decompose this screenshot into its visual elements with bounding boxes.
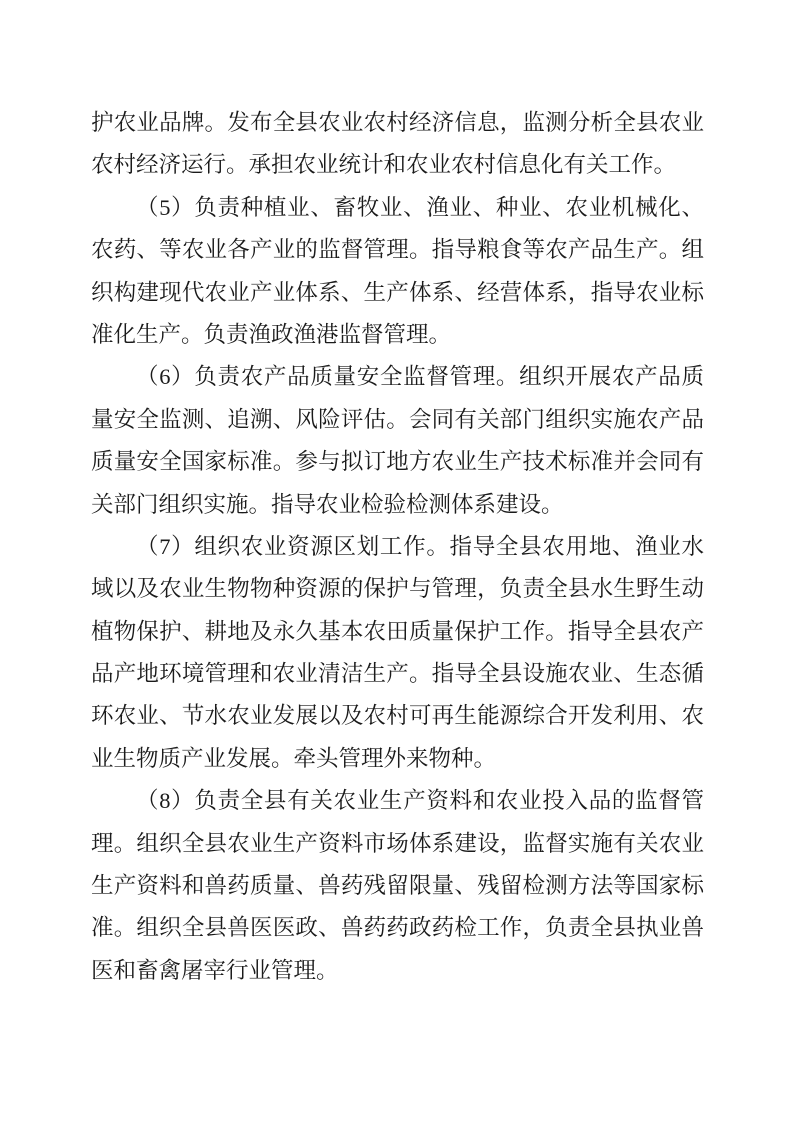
text-line: 生产资料和兽药质量、兽药残留限量、残留检测方法等国家标 xyxy=(91,865,704,907)
text-line: 理。组织全县农业生产资料市场体系建设，监督实施有关农业 xyxy=(91,823,704,865)
text-line: （6）负责农产品质量安全监督管理。组织开展农产品质 xyxy=(91,356,704,398)
text-line: 护农业品牌。发布全县农业农村经济信息，监测分析全县农业 xyxy=(91,102,704,144)
text-line: 医和畜禽屠宰行业管理。 xyxy=(91,950,704,992)
text-line: （7）组织农业资源区划工作。指导全县农用地、渔业水 xyxy=(91,526,704,568)
text-line: 域以及农业生物物种资源的保护与管理，负责全县水生野生动 xyxy=(91,568,704,610)
paragraph-item-7: （7）组织农业资源区划工作。指导全县农用地、渔业水 域以及农业生物物种资源的保护… xyxy=(91,526,704,780)
text-line: 质量安全国家标准。参与拟订地方农业生产技术标准并会同有 xyxy=(91,441,704,483)
text-line: 品产地环境管理和农业清洁生产。指导全县设施农业、生态循 xyxy=(91,653,704,695)
paragraph-item-5: （5）负责种植业、畜牧业、渔业、种业、农业机械化、 农药、等农业各产业的监督管理… xyxy=(91,187,704,357)
text-line: （8）负责全县有关农业生产资料和农业投入品的监督管 xyxy=(91,780,704,822)
text-line: （5）负责种植业、畜牧业、渔业、种业、农业机械化、 xyxy=(91,187,704,229)
text-line: 业生物质产业发展。牵头管理外来物种。 xyxy=(91,738,704,780)
text-line: 环农业、节水农业发展以及农村可再生能源综合开发利用、农 xyxy=(91,695,704,737)
text-line: 准。组织全县兽医医政、兽药药政药检工作，负责全县执业兽 xyxy=(91,907,704,949)
document-page: 护农业品牌。发布全县农业农村经济信息，监测分析全县农业 农村经济运行。承担农业统… xyxy=(0,0,794,1122)
paragraph-item-8: （8）负责全县有关农业生产资料和农业投入品的监督管 理。组织全县农业生产资料市场… xyxy=(91,780,704,992)
text-line: 农村经济运行。承担农业统计和农业农村信息化有关工作。 xyxy=(91,144,704,186)
text-line: 植物保护、耕地及永久基本农田质量保护工作。指导全县农产 xyxy=(91,611,704,653)
text-line: 农药、等农业各产业的监督管理。指导粮食等农产品生产。组 xyxy=(91,229,704,271)
text-line: 织构建现代农业产业体系、生产体系、经营体系，指导农业标 xyxy=(91,272,704,314)
text-line: 关部门组织实施。指导农业检验检测体系建设。 xyxy=(91,484,704,526)
text-line: 量安全监测、追溯、风险评估。会同有关部门组织实施农产品 xyxy=(91,399,704,441)
paragraph-continuation: 护农业品牌。发布全县农业农村经济信息，监测分析全县农业 农村经济运行。承担农业统… xyxy=(91,102,704,187)
text-line: 准化生产。负责渔政渔港监督管理。 xyxy=(91,314,704,356)
text-body: 护农业品牌。发布全县农业农村经济信息，监测分析全县农业 农村经济运行。承担农业统… xyxy=(91,102,704,992)
paragraph-item-6: （6）负责农产品质量安全监督管理。组织开展农产品质 量安全监测、追溯、风险评估。… xyxy=(91,356,704,526)
